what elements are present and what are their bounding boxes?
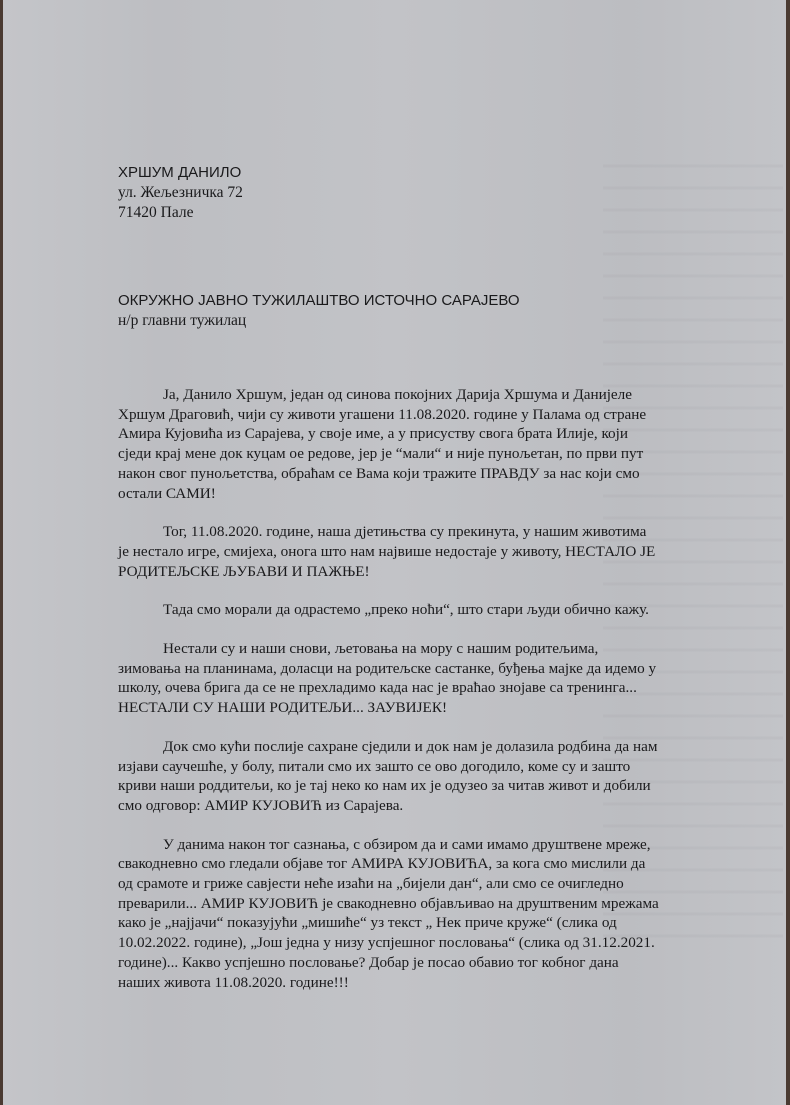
letter-paragraph: Ја, Данило Хршум, један од синова покојн…	[118, 385, 703, 503]
sender-city: 71420 Пале	[118, 203, 243, 223]
paragraph-line: зимовања на планинама, доласци на родите…	[118, 659, 703, 679]
paragraph-line: У данима након тог сазнања, с обзиром да…	[118, 835, 703, 855]
paragraph-line: свакодневно смо гледали објаве тог АМИРА…	[118, 854, 703, 874]
paragraph-line: преварили... АМИР КУЈОВИЋ је свакодневно…	[118, 894, 703, 914]
recipient-attention: н/р главни тужилац	[118, 311, 520, 331]
paragraph-line: 10.02.2022. године), „Још једна у низу у…	[118, 933, 703, 953]
paragraph-line: сједи крај мене док куцам ое редове, јер…	[118, 444, 703, 464]
paragraph-line: смо одговор: АМИР КУЈОВИЋ из Сарајева.	[118, 796, 703, 816]
letter-paragraph: Тог, 11.08.2020. године, наша дјетињства…	[118, 522, 703, 581]
paragraph-line: године)... Какво успјешно пословање? Доб…	[118, 953, 703, 973]
paragraph-line: криви наши роддитељи, ко је тај неко ко …	[118, 776, 703, 796]
paragraph-line: је нестало игре, смијеха, онога што нам …	[118, 542, 703, 562]
paragraph-line: Ја, Данило Хршум, један од синова покојн…	[118, 385, 703, 405]
sender-block: ХРШУМ ДАНИЛО ул. Жељезничка 72 71420 Пал…	[118, 163, 243, 223]
paragraph-line: НЕСТАЛИ СУ НАШИ РОДИТЕЉИ... ЗАУВИЈЕК!	[118, 698, 703, 718]
letter-paragraph: У данима након тог сазнања, с обзиром да…	[118, 835, 703, 993]
letter-paragraph: Док смо кући послије сахране сједили и д…	[118, 737, 703, 816]
paragraph-line: Док смо кући послије сахране сједили и д…	[118, 737, 703, 757]
paragraph-line: од срамоте и гриже савјести неће изаћи н…	[118, 874, 703, 894]
letter-body: Ја, Данило Хршум, један од синова покојн…	[118, 385, 703, 1011]
paragraph-line: Тада смо морали да одрастемо „преко ноћи…	[118, 600, 703, 620]
sender-street: ул. Жељезничка 72	[118, 183, 243, 203]
paragraph-line: РОДИТЕЉСКЕ ЉУБАВИ И ПАЖЊЕ!	[118, 562, 703, 582]
paragraph-line: Тог, 11.08.2020. године, наша дјетињства…	[118, 522, 703, 542]
recipient-office: ОКРУЖНО ЈАВНО ТУЖИЛАШТВО ИСТОЧНО САРАЈЕВ…	[118, 291, 520, 311]
paragraph-line: Нестали су и наши снови, љетовања на мор…	[118, 639, 703, 659]
paragraph-line: Хршум Драговић, чији су животи угашени 1…	[118, 405, 703, 425]
paragraph-line: након свог пунољетства, обраћам се Вама …	[118, 464, 703, 484]
paragraph-line: како је „најјачи“ показујући „мишиће“ уз…	[118, 913, 703, 933]
paragraph-line: Амира Кујовића из Сарајева, у своје име,…	[118, 424, 703, 444]
letter-paragraph: Нестали су и наши снови, љетовања на мор…	[118, 639, 703, 718]
recipient-block: ОКРУЖНО ЈАВНО ТУЖИЛАШТВО ИСТОЧНО САРАЈЕВ…	[118, 291, 520, 331]
paragraph-line: изјави саучешће, у болу, питали смо их з…	[118, 757, 703, 777]
letter-paragraph: Тада смо морали да одрастемо „преко ноћи…	[118, 600, 703, 620]
sender-name: ХРШУМ ДАНИЛО	[118, 163, 243, 183]
paragraph-line: наших живота 11.08.2020. године!!!	[118, 973, 703, 993]
paragraph-line: остали САМИ!	[118, 484, 703, 504]
paragraph-line: школу, очева брига да се не прехладимо к…	[118, 678, 703, 698]
letter-page: ХРШУМ ДАНИЛО ул. Жељезничка 72 71420 Пал…	[3, 0, 786, 1105]
